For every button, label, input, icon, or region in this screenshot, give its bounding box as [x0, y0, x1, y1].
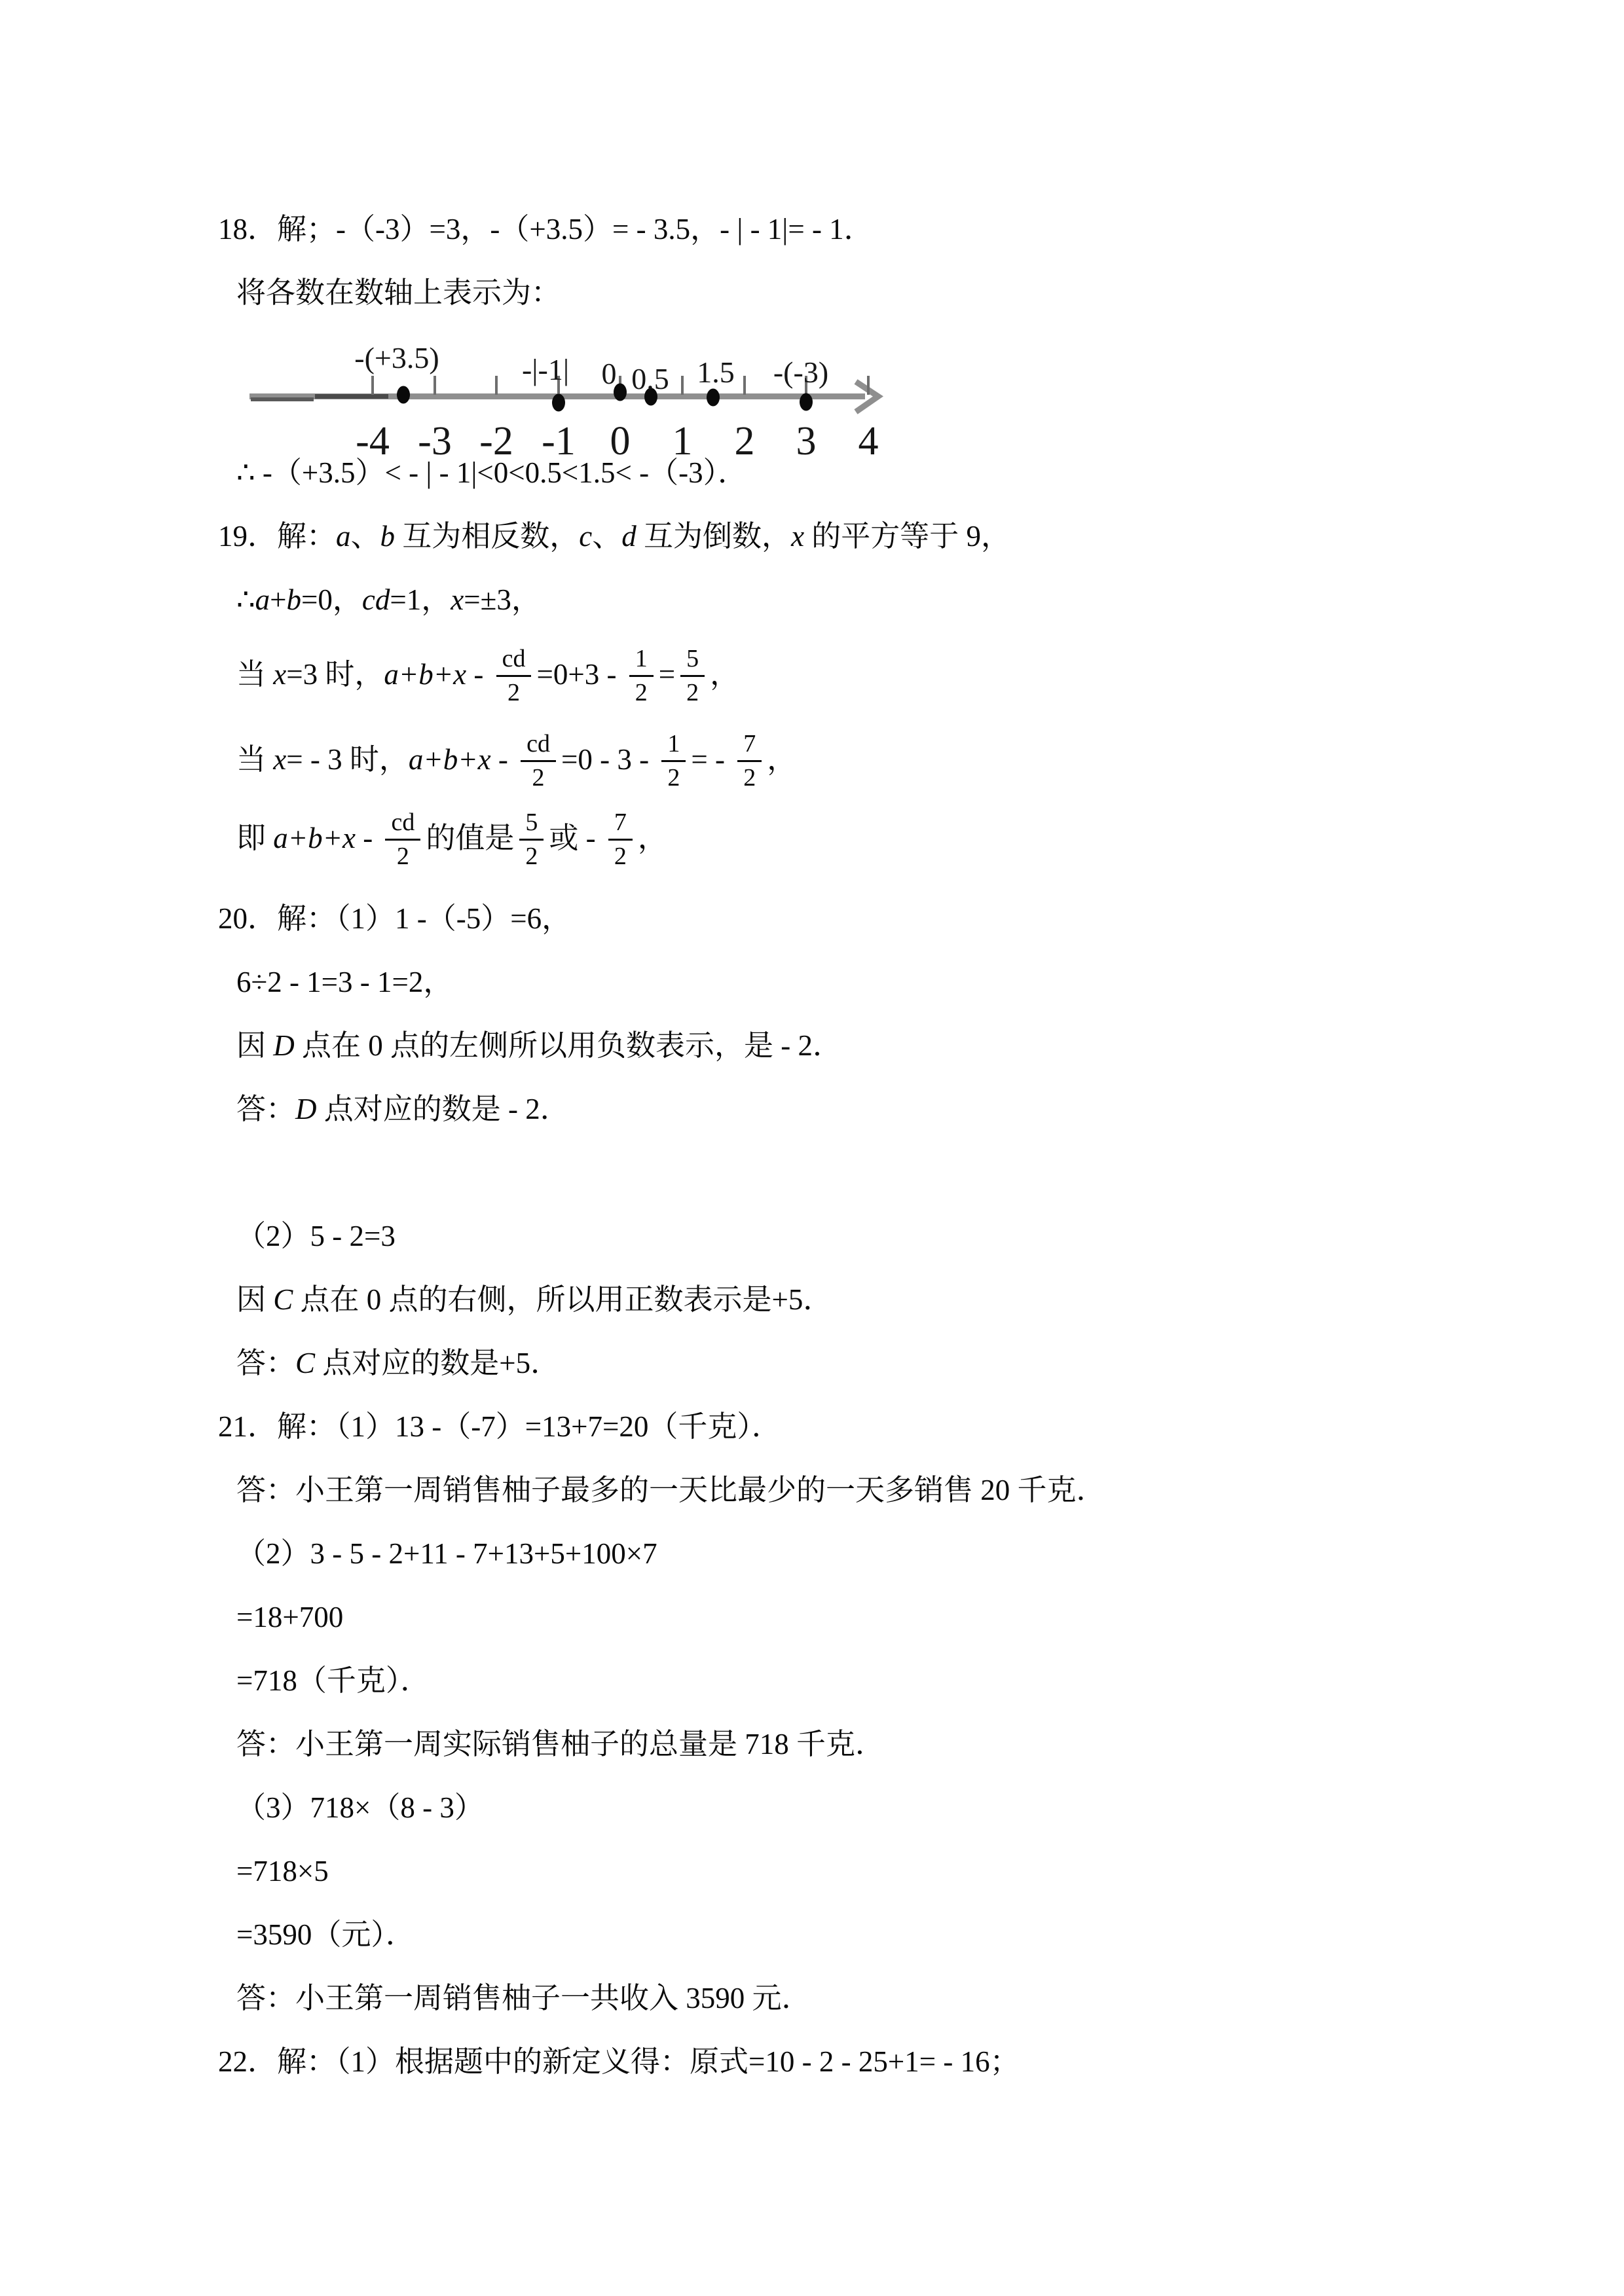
line-20-reason-c: 因 C 点在 0 点的右侧，所以用正数表示是+5．: [0, 1268, 1624, 1332]
math-text: 点在 0 点的右侧，所以用正数表示是+5．: [293, 1283, 832, 1316]
math-text: = - 3 时，: [286, 728, 409, 792]
math-text: ，: [638, 807, 667, 870]
line-21-step2: =718（千克）．: [0, 1649, 1624, 1713]
fraction-numerator: 7: [608, 809, 633, 841]
fraction: 12: [629, 645, 654, 706]
line-19-solution: 19．解：a、b 互为相反数，c、d 互为倒数，x 的平方等于 9，: [0, 505, 1624, 568]
math-text: 互为相反数，: [395, 520, 579, 553]
math-text: = -: [691, 728, 732, 792]
line-18-solution: 18．解；-（-3）=3，-（+3.5）= - 3.5，- | - 1|= - …: [0, 198, 1624, 261]
math-text: 因: [236, 1029, 273, 1062]
point-label: -|-1|: [522, 353, 569, 386]
math-var: x: [273, 643, 286, 706]
fraction-numerator: cd: [385, 809, 420, 841]
fraction-denominator: 2: [614, 841, 627, 871]
math-text: =0，: [301, 583, 362, 616]
fraction: cd2: [521, 730, 556, 792]
math-text: +: [270, 583, 286, 616]
point-label: -(-3): [773, 355, 828, 389]
fraction: 72: [737, 730, 762, 792]
fraction-numerator: 5: [680, 645, 705, 677]
math-text: ∴: [236, 583, 255, 616]
math-var: x: [451, 583, 464, 616]
fraction-denominator: 2: [667, 762, 680, 792]
line-20-solution: 20．解：（1）1 -（-5）=6，: [0, 887, 1624, 951]
point-dot: [707, 389, 720, 407]
math-text: =±3，: [464, 583, 541, 616]
fraction-numerator: 5: [519, 809, 544, 841]
line-21-answer3: 答：小王第一周销售柚子一共收入 3590 元．: [0, 1967, 1624, 2030]
math-var: c: [579, 520, 592, 553]
math-text: 的值是: [426, 807, 514, 870]
math-text: 、: [351, 520, 380, 553]
line-19-case-xneg3: 当 x= - 3 时，a+b+x - cd2=0 - 3 - 12= - 72，: [0, 717, 1624, 802]
point-dot: [552, 394, 565, 412]
fraction-denominator: 2: [525, 841, 538, 871]
fraction-denominator: 2: [532, 762, 545, 792]
axis-artifact: [315, 394, 388, 399]
math-text: -: [491, 728, 516, 792]
math-text: 点对应的数是 - 2．: [317, 1093, 570, 1125]
axis-artifact: [251, 397, 314, 401]
math-text: 答：: [236, 1347, 295, 1379]
fraction: 52: [680, 645, 705, 706]
fraction-denominator: 2: [507, 677, 520, 707]
fraction-denominator: 2: [635, 677, 648, 707]
line-20-calc: 6÷2 - 1=3 - 1=2，: [0, 951, 1624, 1014]
fraction-denominator: 2: [686, 677, 699, 707]
math-var: a+b+x: [273, 807, 356, 870]
line-21-solution: 21．解：（1）13 -（-7）=13+7=20（千克）．: [0, 1395, 1624, 1459]
line-19-result: 即 a+b+x - cd2的值是52或 - 72，: [0, 802, 1624, 874]
line-axis-intro: 将各数在数轴上表示为：: [0, 261, 1624, 325]
math-var: a+b+x: [409, 728, 491, 792]
line-21-answer2: 答：小王第一周实际销售柚子的总量是 718 千克．: [0, 1713, 1624, 1776]
math-text: ，: [710, 643, 739, 706]
fraction-numerator: cd: [496, 645, 532, 677]
math-var: D: [273, 1029, 295, 1062]
point-dot: [800, 393, 813, 411]
line-19-case-x3: 当 x=3 时，a+b+x - cd2=0+3 - 12=52，: [0, 632, 1624, 717]
math-var: cd: [362, 583, 390, 616]
point-label: -(+3.5): [354, 341, 439, 374]
math-var: D: [295, 1093, 317, 1125]
math-text: =3 时，: [286, 643, 384, 706]
math-var: x: [791, 520, 804, 553]
math-text: =1，: [390, 583, 451, 616]
math-text: -: [466, 643, 491, 706]
math-text: 19．解：: [218, 520, 336, 553]
math-text: 点在 0 点的左侧所以用负数表示，是 - 2．: [295, 1029, 842, 1062]
solutions-content: 18．解；-（-3）=3，-（+3.5）= - 3.5，- | - 1|= - …: [0, 0, 1624, 2094]
line-20-answer-c: 答：C 点对应的数是+5．: [0, 1332, 1624, 1395]
point-label: 0: [602, 357, 617, 390]
line-20-reason-d: 因 D 点在 0 点的左侧所以用负数表示，是 - 2．: [0, 1014, 1624, 1078]
line-20-answer-d: 答：D 点对应的数是 - 2．: [0, 1078, 1624, 1141]
number-line-figure: -(+3.5) -|-1| 0 0.5 1.5 -(-3) -4 -3 -2 -…: [0, 317, 1624, 441]
math-text: 答：: [236, 1093, 295, 1125]
fraction: 72: [608, 809, 633, 870]
point-label: 1.5: [697, 355, 735, 389]
line-19-deductions: ∴a+b=0，cd=1，x=±3，: [0, 568, 1624, 632]
fraction: cd2: [496, 645, 532, 706]
math-var: a: [255, 583, 270, 616]
tick-label: 3: [796, 419, 817, 464]
fraction-numerator: 7: [737, 730, 762, 762]
line-21-step4: =3590（元）．: [0, 1903, 1624, 1967]
math-var: b: [380, 520, 396, 553]
math-text: =0+3 -: [536, 643, 623, 706]
fraction-denominator: 2: [397, 841, 409, 871]
math-var: C: [295, 1347, 315, 1379]
line-21-answer1: 答：小王第一周销售柚子最多的一天比最少的一天多销售 20 千克．: [0, 1459, 1624, 1522]
fraction-numerator: 1: [629, 645, 654, 677]
line-20-part2: （2）5 - 2=3: [0, 1205, 1624, 1268]
math-var: C: [273, 1283, 293, 1316]
line-21-part3: （3）718×（8 - 3）: [0, 1776, 1624, 1840]
math-var: b: [287, 583, 302, 616]
tick-label: 4: [858, 419, 879, 464]
math-var: a+b+x: [384, 643, 466, 706]
fraction: cd2: [385, 809, 420, 870]
math-var: x: [273, 728, 286, 792]
fraction-numerator: cd: [521, 730, 556, 762]
math-var: d: [621, 520, 637, 553]
math-text: ，: [767, 728, 796, 792]
worksheet-page: 18．解；-（-3）=3，-（+3.5）= - 3.5，- | - 1|= - …: [0, 0, 1624, 2296]
math-text: -: [356, 807, 380, 870]
blank-line: [0, 1141, 1624, 1205]
math-text: 当: [236, 643, 273, 706]
line-21-step3: =718×5: [0, 1840, 1624, 1903]
math-var: a: [336, 520, 351, 553]
point-dot: [397, 386, 410, 404]
math-text: 、: [592, 520, 621, 553]
math-text: =0 - 3 -: [561, 728, 656, 792]
math-text: 即: [236, 807, 273, 870]
line-21-step1: =18+700: [0, 1586, 1624, 1649]
line-21-part2: （2）3 - 5 - 2+11 - 7+13+5+100×7: [0, 1522, 1624, 1586]
math-text: 因: [236, 1283, 273, 1316]
math-text: 互为倒数，: [637, 520, 791, 553]
fraction: 12: [661, 730, 686, 792]
line-22-solution: 22．解：（1）根据题中的新定义得：原式=10 - 2 - 25+1= - 16…: [0, 2030, 1624, 2094]
fraction-numerator: 1: [661, 730, 686, 762]
math-text: 点对应的数是+5．: [315, 1347, 560, 1379]
math-text: 当: [236, 728, 273, 792]
fraction-denominator: 2: [743, 762, 756, 792]
math-text: 的平方等于 9，: [804, 520, 1010, 553]
math-text: =: [659, 643, 675, 706]
point-label: 0.5: [631, 362, 669, 395]
fraction: 52: [519, 809, 544, 870]
math-text: 或 -: [549, 807, 603, 870]
